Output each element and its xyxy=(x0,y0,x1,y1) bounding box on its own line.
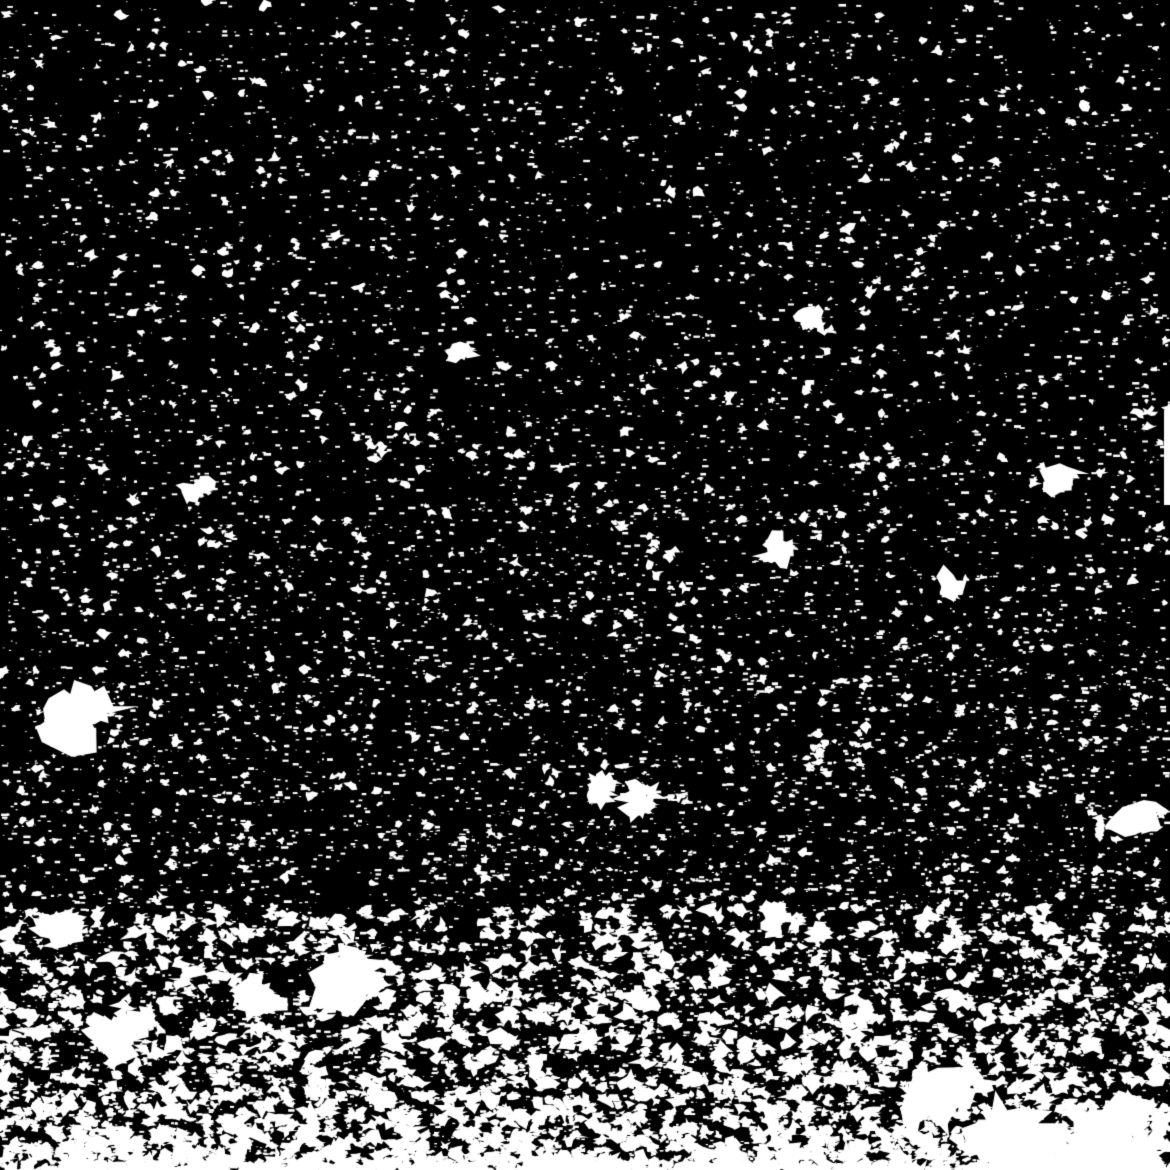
grunge-texture xyxy=(0,0,1170,1170)
texture-canvas xyxy=(0,0,1170,1170)
